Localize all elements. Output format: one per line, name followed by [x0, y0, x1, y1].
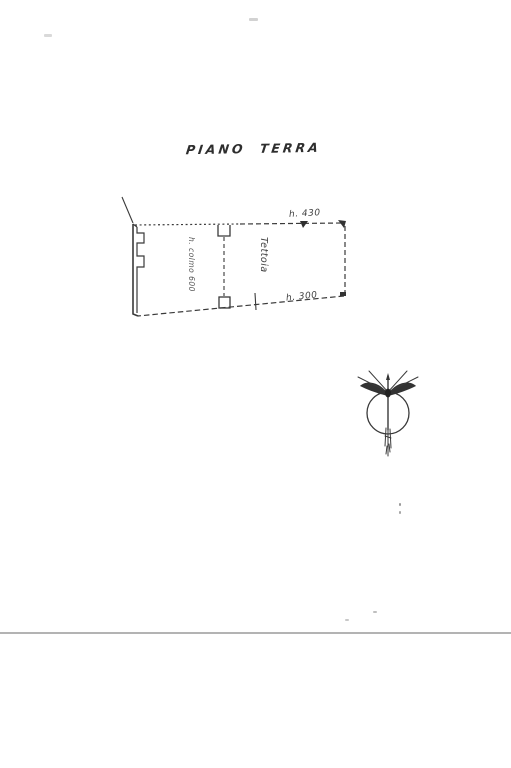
compass-tail: [385, 426, 391, 456]
dimension-arrow: [300, 221, 308, 228]
pillar-partition: [218, 225, 230, 308]
scan-artifact: [399, 511, 401, 514]
page-title: PIANO TERRA: [185, 140, 322, 157]
scan-artifact: [249, 18, 258, 21]
scan-edge-line: [0, 632, 511, 634]
plan-perimeter-dashed: [135, 223, 345, 316]
top-dimension-label: h. 430: [289, 208, 321, 220]
scan-artifact: [373, 611, 377, 613]
scan-artifact: [399, 503, 401, 506]
scanned-floor-plan-page: PIANO TERRA: [0, 0, 511, 768]
left-room-label: h. colmo 600: [187, 237, 196, 292]
north-arrow-icon: [355, 368, 421, 460]
bottom-edge-tick: [255, 293, 256, 310]
right-room-label: Tettoia: [258, 237, 269, 273]
scan-artifact: [44, 34, 52, 37]
left-wall: [133, 224, 144, 316]
top-left-diagonal-line: [122, 197, 133, 223]
scan-artifact: [345, 619, 349, 621]
